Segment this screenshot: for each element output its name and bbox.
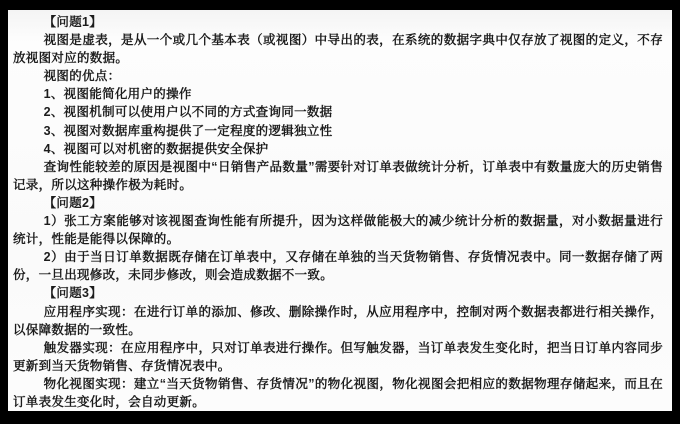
paragraph: 1、视图能简化用户的操作: [13, 85, 663, 103]
paragraph: 触发器实现：在应用程序中，只对订单表进行操作。但写触发器，当订单表发生变化时，把…: [13, 339, 663, 375]
answer-text: 【问题1】视图是虚表，是从一个或几个基本表（或视图）中导出的表，在系统的数据字典…: [13, 13, 663, 411]
question-heading: 【问题1】: [13, 13, 663, 31]
paragraph: 查询性能较差的原因是视图中“日销售产品数量”需要针对订单表做统计分析，订单表中有…: [13, 158, 663, 194]
paragraph: 应用程序实现：在进行订单的添加、修改、删除操作时，从应用程序中，控制对两个数据表…: [13, 303, 663, 339]
question-heading: 【问题3】: [13, 284, 663, 302]
paragraph: 2）由于当日订单数据既存储在订单表中，又存储在单独的当天货物销售、存货情况表中。…: [13, 248, 663, 284]
document-page: 【问题1】视图是虚表，是从一个或几个基本表（或视图）中导出的表，在系统的数据字典…: [8, 10, 672, 411]
paragraph: 4、视图可以对机密的数据提供安全保护: [13, 140, 663, 158]
paragraph: 2、视图机制可以使用户以不同的方式查询同一数据: [13, 103, 663, 121]
paragraph: 3、视图对数据库重构提供了一定程度的逻辑独立性: [13, 122, 663, 140]
question-heading: 【问题2】: [13, 194, 663, 212]
paragraph: 物化视图实现：建立“当天货物销售、存货情况”的物化视图，物化视图会把相应的数据物…: [13, 375, 663, 411]
screenshot-root: { "page": { "background_color": "#fafafa…: [0, 0, 680, 424]
paragraph: 1）张工方案能够对该视图查询性能有所提升，因为这样做能极大的减少统计分析的数据量…: [13, 212, 663, 248]
paragraph: 视图是虚表，是从一个或几个基本表（或视图）中导出的表，在系统的数据字典中仅存放了…: [13, 31, 663, 67]
paragraph: 视图的优点：: [13, 67, 663, 85]
